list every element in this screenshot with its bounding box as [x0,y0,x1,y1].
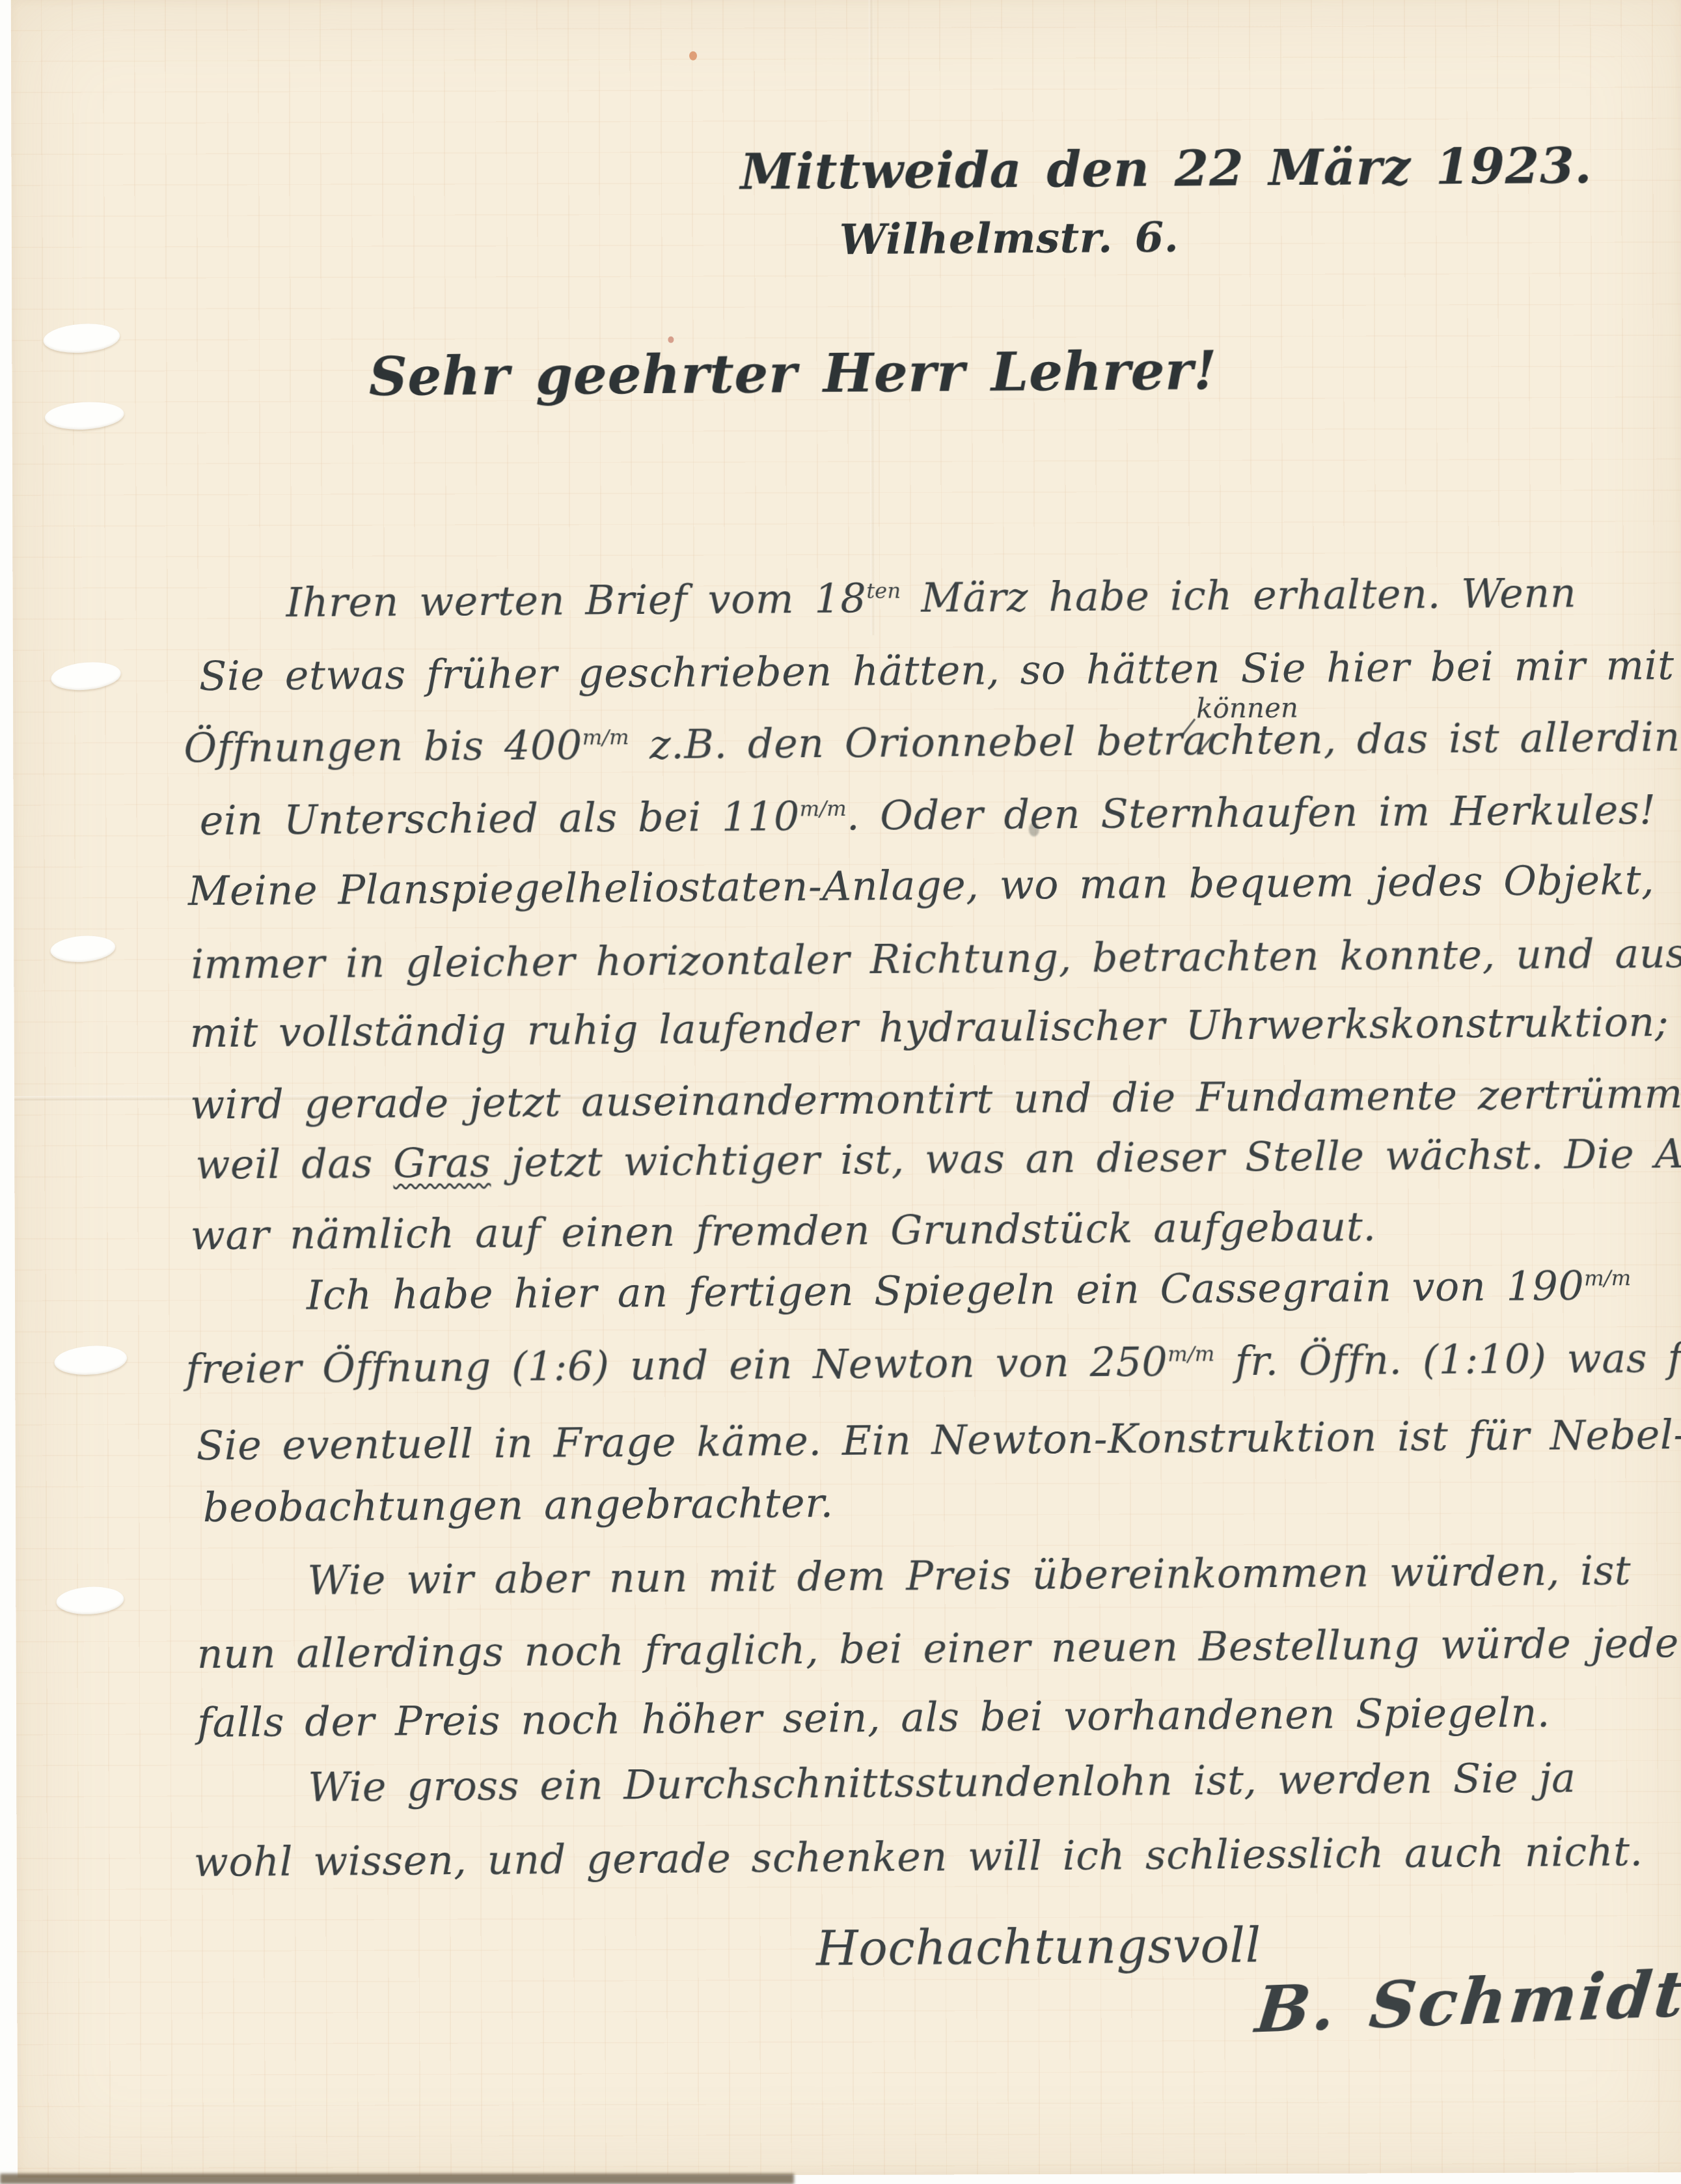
body-line: mit vollständig ruhig laufender hydrauli… [190,1001,1669,1054]
superscript: m/m [582,725,629,751]
closing-line: Hochachtungsvoll [816,1921,1261,1975]
scanned-letter-page: Mittweida den 22 März 1923. Wilhelmstr. … [0,0,1681,2184]
line-text: März habe ich erhalten. Wenn [901,569,1577,622]
body-line: Sie eventuell in Frage käme. Ein Newton-… [196,1413,1681,1467]
body-line: wohl wissen, und gerade schenken will ic… [194,1830,1643,1883]
line-text: weil das [195,1139,393,1188]
line-text: Ihren werten Brief vom 18 [286,574,866,626]
body-line: weil das Gras jetzt wichtiger ist, was a… [195,1131,1681,1186]
address-line: Wilhelmstr. 6. [840,215,1179,262]
body-line: ein Unterschied als bei 110m/m. Oder den… [199,788,1656,842]
body-line: falls der Preis noch höher sein, als bei… [197,1691,1550,1744]
signature: B. Schmidt [1253,1961,1681,2044]
line-text: Öffnungen bis 400 [184,721,582,772]
body-line: Wie wir aber nun mit dem Preis übereinko… [307,1549,1631,1601]
body-line: wird gerade jetzt auseinandermontirt und… [190,1071,1681,1126]
line-text: ein Unterschied als bei 110 [199,792,800,844]
line-text: jetzt wichtiger ist, was an dieser Stell… [491,1129,1681,1186]
underlined-word: Gras [393,1139,491,1187]
handwritten-text-layer: Mittweida den 22 März 1923. Wilhelmstr. … [11,0,1681,2177]
body-line: nun allerdings noch fraglich, bei einer … [197,1622,1681,1676]
body-line: Wie gross ein Durchschnittsstundenlohn i… [308,1756,1576,1808]
body-line: freier Öffnung (1:6) und ein Newton von … [185,1336,1681,1390]
salutation: Sehr geehrter Herr Lehrer! [368,342,1217,405]
date-line: Mittweida den 22 März 1923. [740,140,1592,199]
scan-edge-shadow [0,2174,794,2184]
superscript: m/m [1584,1265,1631,1291]
body-line: Öffnungen bis 400m/m z.B. den Orionnebel… [184,715,1681,769]
body-line: beobachtungen angebrachter. [203,1482,834,1528]
line-text: freier Öffnung (1:6) und ein Newton von … [185,1338,1168,1392]
body-line: Ihren werten Brief vom 18ten März habe i… [286,572,1576,624]
line-text: Ich habe hier an fertigen Spiegeln ein C… [307,1262,1585,1319]
body-line: Sie etwas früher geschrieben hätten, so … [199,644,1674,697]
letter-paper: Mittweida den 22 März 1923. Wilhelmstr. … [11,0,1681,2177]
line-text: . Oder den Sternhaufen im Herkules! [846,786,1656,839]
line-text: z.B. den Orionnebel betrachten, das ist … [629,713,1681,769]
body-line: immer in gleicher horizontaler Richtung,… [191,930,1681,985]
superscript: ten [866,578,901,603]
superscript: m/m [800,796,847,822]
body-line: war nämlich auf einen fremden Grundstück… [190,1205,1376,1256]
superscript: m/m [1168,1342,1214,1367]
body-line: Ich habe hier an fertigen Spiegeln ein C… [307,1264,1632,1316]
body-line: Meine Planspiegelheliostaten-Anlage, wo … [188,859,1655,912]
line-text: fr. Öffn. (1:10) was für [1214,1334,1681,1385]
